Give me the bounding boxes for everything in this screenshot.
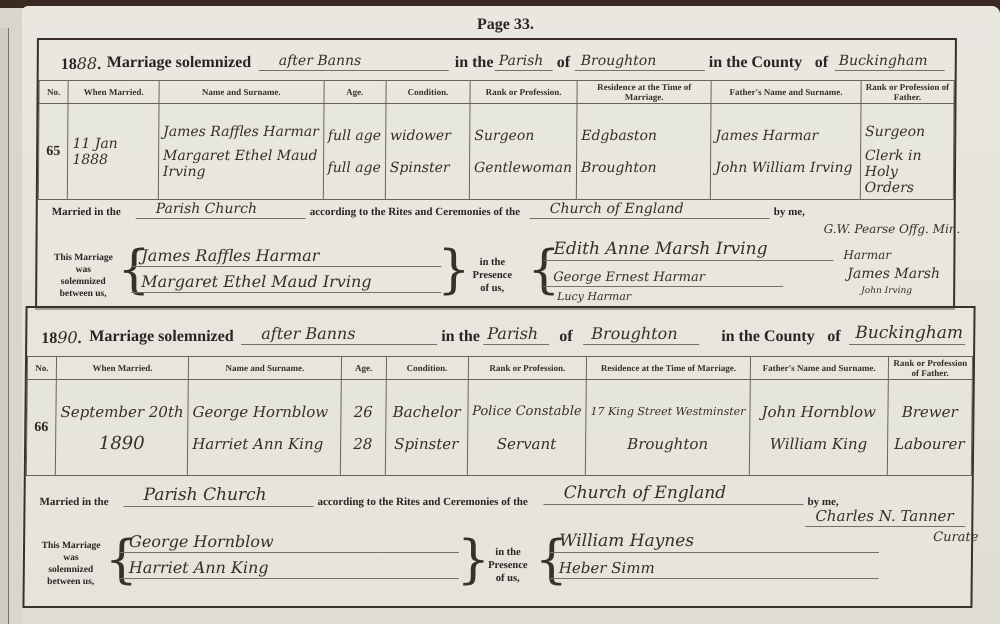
entry-heading: 1890. Marriage solemnized after Banns in… <box>27 308 973 348</box>
parish-name-field: Broughton <box>575 50 705 71</box>
father-ranks: BrewerLabourer <box>887 380 972 476</box>
presence-label: in thePresenceof us, <box>473 546 543 585</box>
bride-signature: Margaret Ethel Maud Irving <box>131 270 441 293</box>
entry-number: 65 <box>38 104 68 200</box>
conditions: widowerSpinster <box>385 104 470 200</box>
rites-field: Church of England <box>543 484 803 505</box>
names: George HornblowHarriet Ann King <box>187 380 341 476</box>
year-label: 1888. <box>61 54 101 74</box>
year-label: 1890. <box>41 328 82 348</box>
register-page: Page 33. 1888. Marriage solemnized after… <box>22 6 1000 624</box>
ranks: SurgeonGentlewoman <box>469 104 577 200</box>
witness-signature: James Marsh <box>847 266 940 282</box>
marriage-entry-65: 1888. Marriage solemnized after Banns in… <box>35 38 957 310</box>
parish-name-field: Broughton <box>583 324 699 345</box>
between-us-label: This Marriagewassolemnizedbetween us, <box>31 540 112 588</box>
witness-signature: Edith Anne Marsh Irving <box>543 238 833 261</box>
rites-field: Church of England <box>530 198 770 219</box>
county-field: Buckingham <box>835 50 945 71</box>
table-row: 65 11 Jan 1888 James Raffles HarmarMarga… <box>38 104 954 200</box>
when-married: September 20th1890 <box>55 380 188 476</box>
page-number: Page 33. <box>477 16 534 34</box>
witness-signature: William Haynes <box>549 530 879 553</box>
county-field: Buckingham <box>849 324 965 345</box>
conditions: BachelorSpinster <box>385 380 468 476</box>
officiant-title: Curate <box>933 530 978 545</box>
ages: full agefull age <box>323 104 386 200</box>
groom-signature: George Hornblow <box>119 530 459 553</box>
solemnized-field: after Banns <box>241 324 437 345</box>
father-names: James HarmarJohn William Irving <box>711 104 861 200</box>
parish-type-field: Parish <box>483 324 549 345</box>
witness-signature: Heber Simm <box>549 556 879 579</box>
solemnized-label: Marriage solemnized <box>107 54 252 72</box>
page-stack-edge <box>0 28 9 624</box>
father-names: John HornblowWilliam King <box>749 380 888 476</box>
married-in-field: Parish Church <box>136 198 306 219</box>
witness-signature: John Irving <box>861 286 912 296</box>
father-ranks: SurgeonClerk in Holy Orders <box>860 104 954 200</box>
married-in-field: Parish Church <box>123 486 313 507</box>
column-headers: No.When Married.Name and Surname.Age.Con… <box>27 357 972 380</box>
register-table: No.When Married.Name and Surname.Age.Con… <box>38 80 955 200</box>
groom-signature: James Raffles Harmar <box>131 244 441 267</box>
officiant-signature: G.W. Pearse Offg. Min. <box>824 222 961 236</box>
witness-signature: Harmar <box>843 248 891 262</box>
names: James Raffles HarmarMargaret Ethel Maud … <box>158 104 323 200</box>
solemnized-field: after Banns <box>259 50 449 71</box>
entry-heading: 1888. Marriage solemnized after Banns in… <box>39 40 955 80</box>
between-us-label: This Marriagewassolemnizedbetween us, <box>43 252 123 300</box>
table-row: 66 September 20th1890 George HornblowHar… <box>26 380 972 476</box>
entry-number: 66 <box>26 380 56 476</box>
presence-label: in thePresenceof us, <box>457 256 527 295</box>
register-table: No.When Married.Name and Surname.Age.Con… <box>26 356 973 476</box>
bride-signature: Harriet Ann King <box>119 556 459 579</box>
officiant-signature: Charles N. Tanner <box>805 504 965 527</box>
marriage-entry-66: 1890. Marriage solemnized after Banns in… <box>22 306 975 608</box>
parish-type-field: Parish <box>495 50 553 71</box>
residences: 17 King Street WestminsterBroughton <box>585 380 750 476</box>
witness-signature: George Ernest Harmar <box>543 264 783 287</box>
when-married: 11 Jan 1888 <box>68 104 159 200</box>
ages: 2628 <box>340 380 386 476</box>
column-headers: No.When Married.Name and Surname.Age.Con… <box>39 81 954 104</box>
witness-signature: Lucy Harmar <box>557 290 631 303</box>
residences: EdgbastonBroughton <box>576 104 711 200</box>
ranks: Police ConstableServant <box>467 380 586 476</box>
